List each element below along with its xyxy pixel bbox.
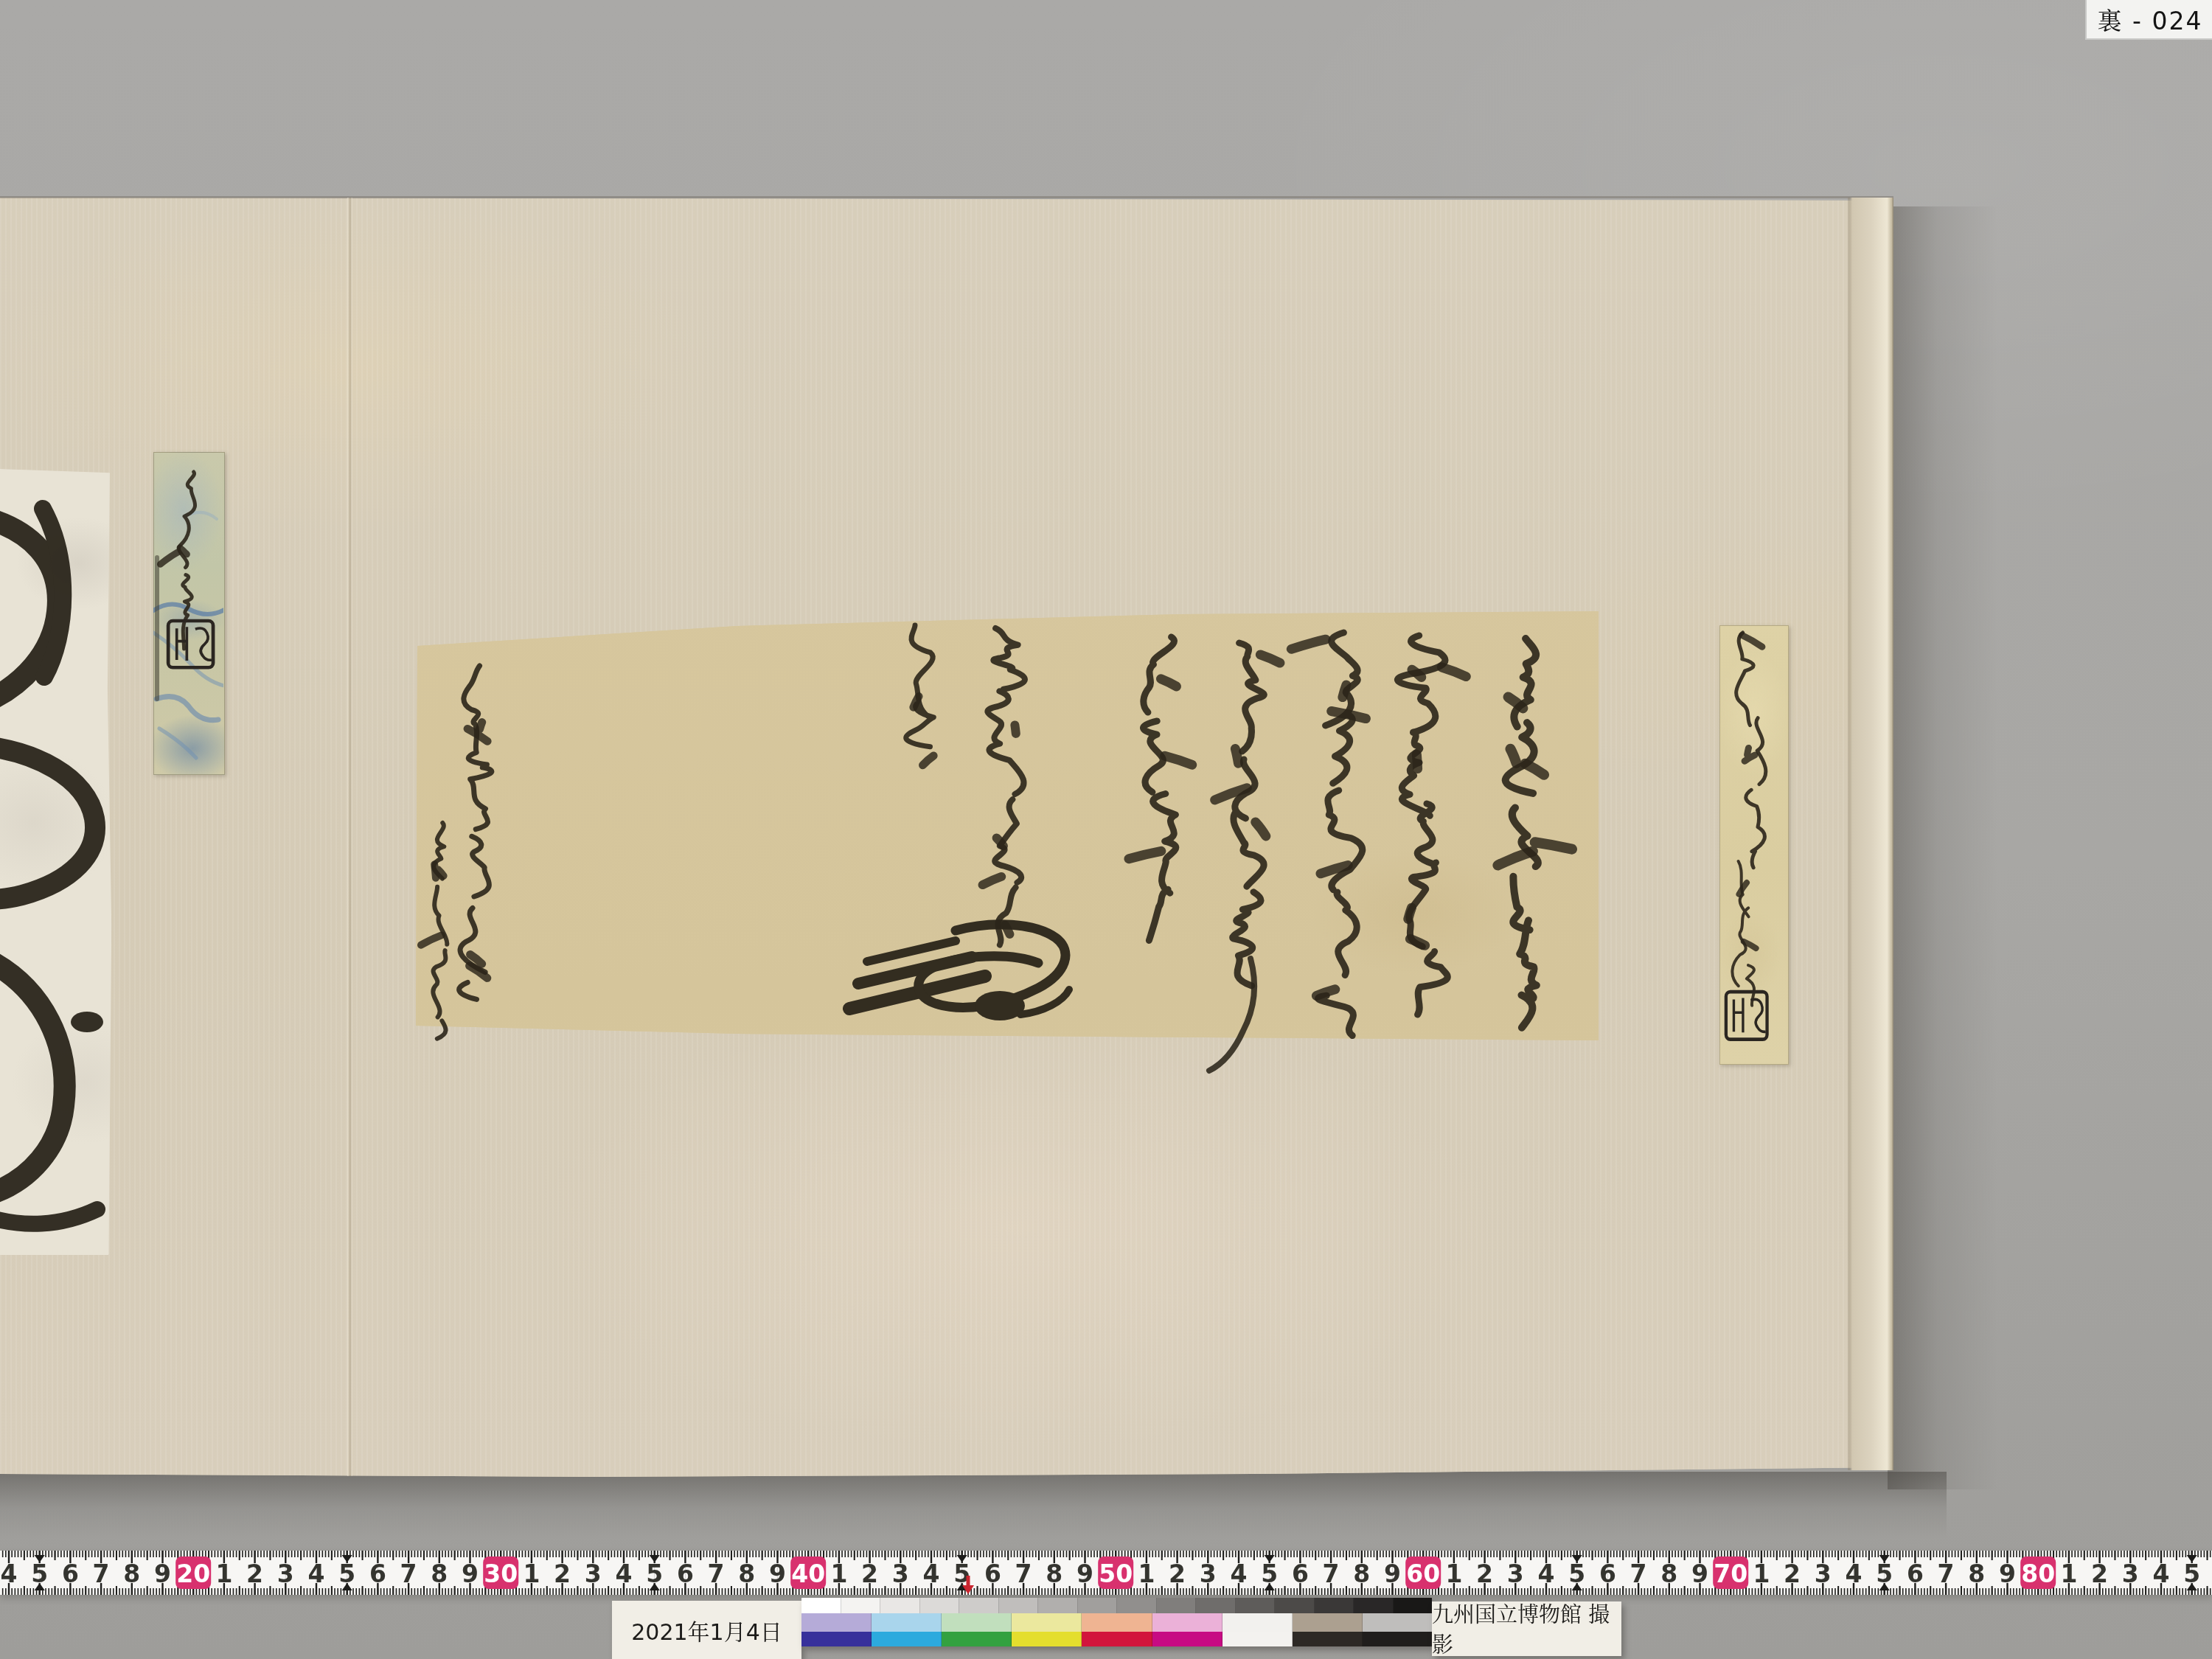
color-patch [942, 1632, 1012, 1646]
grayscale-patch [1354, 1598, 1394, 1613]
color-patch [1222, 1613, 1293, 1632]
ruler-number: 4 [923, 1559, 940, 1588]
ruler-number: 6 [369, 1559, 386, 1588]
ruler-number: 6 [1599, 1559, 1616, 1588]
ruler-number: 7 [1938, 1559, 1955, 1588]
measuring-ruler: 4567892012345678930123456789401234567895… [0, 1551, 2212, 1595]
grayscale-patch [999, 1598, 1039, 1613]
color-patch [1363, 1613, 1432, 1632]
color-patch [1222, 1632, 1293, 1646]
color-patch [942, 1613, 1012, 1632]
credit-label-text: 九州国立博物館 撮影 [1432, 1599, 1621, 1659]
ruler-number: 8 [738, 1559, 755, 1588]
color-patch [1012, 1613, 1082, 1632]
grayscale-patch [959, 1598, 999, 1613]
ruler-number: 7 [1015, 1559, 1032, 1588]
color-patch-row-saturated [801, 1632, 1432, 1646]
grayscale-patch [841, 1598, 881, 1613]
ruler-number: 6 [1907, 1559, 1924, 1588]
ruler-number: 3 [585, 1559, 602, 1588]
ruler-number: 6 [984, 1559, 1001, 1588]
grayscale-patch [1394, 1598, 1433, 1613]
ruler-number: 9 [462, 1559, 479, 1588]
archive-number-tag: 裏 - 024 [2085, 0, 2212, 40]
ruler-number: 4 [308, 1559, 325, 1588]
ruler-number: 3 [1815, 1559, 1832, 1588]
ruler-number: 7 [1630, 1559, 1647, 1588]
ruler-number: 20 [176, 1559, 210, 1588]
album-shadow [0, 1472, 1947, 1538]
ruler-number: 3 [1200, 1559, 1217, 1588]
ruler-number: 4 [1538, 1559, 1555, 1588]
ruler-number: 8 [123, 1559, 140, 1588]
grayscale-patch [1157, 1598, 1197, 1613]
ruler-number: 1 [215, 1559, 232, 1588]
color-patch [801, 1632, 872, 1646]
grayscale-patch [1315, 1598, 1354, 1613]
left-title-slip [153, 452, 225, 775]
grayscale-patch [880, 1598, 920, 1613]
color-patch [872, 1613, 942, 1632]
ruler-number: 7 [1323, 1559, 1340, 1588]
ruler-number: 2 [1476, 1559, 1493, 1588]
ruler-number: 60 [1406, 1559, 1440, 1588]
album-shadow [1888, 206, 1998, 1489]
ruler-number: 8 [1968, 1559, 1985, 1588]
color-patch [1012, 1632, 1082, 1646]
ruler-number: 9 [769, 1559, 786, 1588]
album-top-edge [0, 196, 1893, 198]
ruler-number: 1 [523, 1559, 540, 1588]
album-fold-crease [347, 198, 352, 1476]
color-patch-row-light [801, 1613, 1432, 1632]
grayscale-patch [1275, 1598, 1315, 1613]
ruler-number: 4 [1, 1559, 18, 1588]
ruler-number: 1 [1445, 1559, 1462, 1588]
ruler-number: 3 [892, 1559, 909, 1588]
ruler-number: 1 [1138, 1559, 1155, 1588]
color-patch [1152, 1632, 1222, 1646]
ruler-number: 8 [1353, 1559, 1370, 1588]
ruler-number: 2 [861, 1559, 878, 1588]
ruler-number: 7 [400, 1559, 417, 1588]
ruler-number: 80 [2021, 1559, 2055, 1588]
ruler-number: 70 [1714, 1559, 1747, 1588]
color-patch [872, 1632, 942, 1646]
date-label-text: 2021年1月4日 [631, 1614, 782, 1646]
ruler-number: 3 [277, 1559, 294, 1588]
color-patch [1363, 1632, 1432, 1646]
ruler-number: 4 [1231, 1559, 1248, 1588]
ruler-number: 6 [1292, 1559, 1309, 1588]
ruler-number: 1 [1753, 1559, 1770, 1588]
grayscale-patch [1117, 1598, 1157, 1613]
color-calibration-chart [801, 1598, 1432, 1646]
mounted-white-sheet [0, 469, 112, 1255]
grayscale-patch [1078, 1598, 1118, 1613]
archive-number-text: 裏 - 024 [2098, 2, 2203, 37]
ruler-number: 6 [677, 1559, 694, 1588]
ruler-number: 7 [93, 1559, 110, 1588]
grayscale-strip [801, 1598, 1432, 1613]
date-label-card: 2021年1月4日 [612, 1601, 801, 1659]
ruler-number: 8 [431, 1559, 448, 1588]
ruler-number: 30 [484, 1559, 518, 1588]
color-patch [801, 1613, 872, 1632]
ruler-number: 9 [154, 1559, 171, 1588]
right-title-slip [1719, 625, 1789, 1065]
ruler-number: 2 [1169, 1559, 1186, 1588]
ruler-number: 4 [2153, 1559, 2170, 1588]
ruler-number: 4 [1846, 1559, 1863, 1588]
color-patch [1152, 1613, 1222, 1632]
ruler-number: 9 [1999, 1559, 2016, 1588]
color-patch [1293, 1613, 1363, 1632]
ruler-number: 2 [1784, 1559, 1801, 1588]
ruler-number: 3 [2122, 1559, 2139, 1588]
grayscale-patch [920, 1598, 960, 1613]
grayscale-patch [1236, 1598, 1276, 1613]
ruler-number: 2 [246, 1559, 263, 1588]
grayscale-patch [1038, 1598, 1078, 1613]
ruler-number: 6 [62, 1559, 79, 1588]
ruler-number: 8 [1660, 1559, 1677, 1588]
ruler-number: 1 [2060, 1559, 2077, 1588]
ruler-number: 40 [791, 1559, 825, 1588]
ruler-number: 8 [1046, 1559, 1062, 1588]
ruler-number: 4 [616, 1559, 633, 1588]
grayscale-patch [1196, 1598, 1236, 1613]
ruler-number: 7 [708, 1559, 725, 1588]
ruler-number: 9 [1077, 1559, 1093, 1588]
color-patch [1293, 1632, 1363, 1646]
ruler-number: 50 [1099, 1559, 1133, 1588]
credit-label-card: 九州国立博物館 撮影 [1432, 1601, 1621, 1656]
ruler-number: 9 [1384, 1559, 1401, 1588]
album-right-fold-edge [1848, 198, 1893, 1470]
ruler-number: 2 [2091, 1559, 2108, 1588]
color-patch [1082, 1613, 1152, 1632]
ruler-number: 1 [830, 1559, 847, 1588]
ruler-number: 9 [1691, 1559, 1708, 1588]
ruler-number: 3 [1507, 1559, 1524, 1588]
grayscale-patch [801, 1598, 841, 1613]
color-patch [1082, 1632, 1152, 1646]
ruler-number: 2 [554, 1559, 571, 1588]
